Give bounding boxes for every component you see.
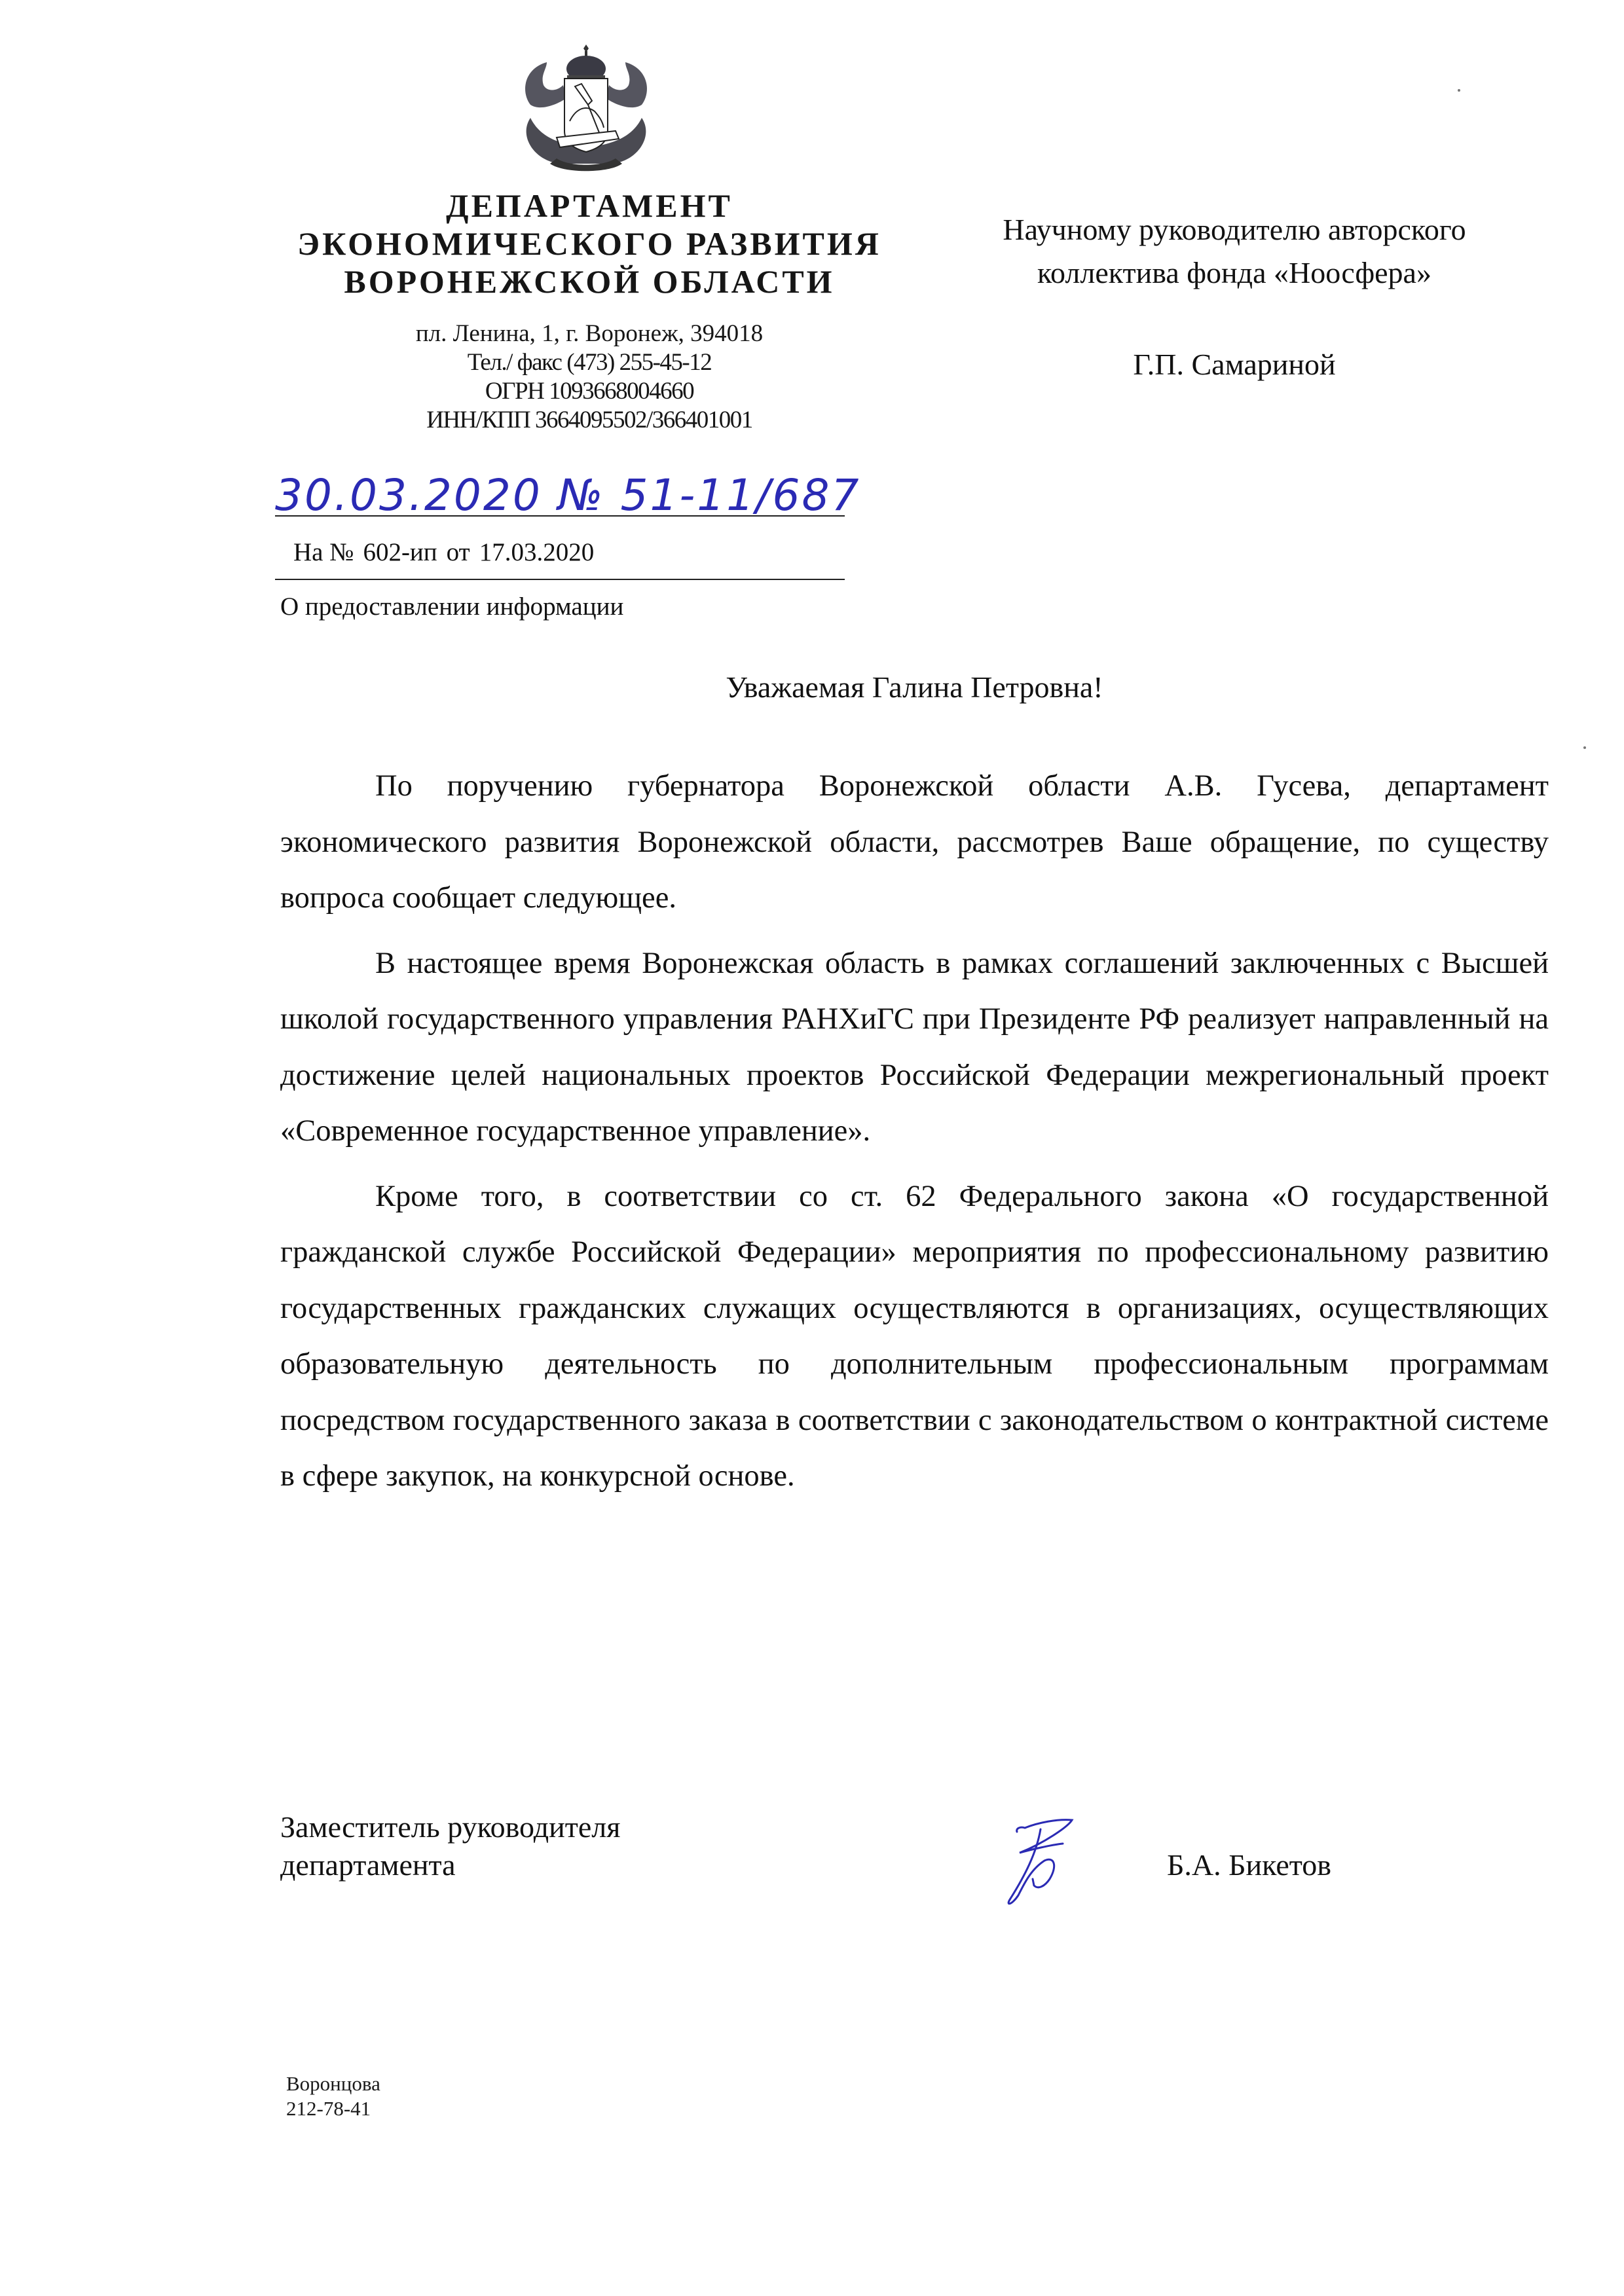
scan-artifact — [1458, 89, 1460, 92]
department-inn-kpp: ИНН/КПП 3664095502/366401001 — [275, 406, 904, 435]
letter-body: По поручению губернатора Воронежской обл… — [280, 758, 1549, 1514]
reference-prefix: На № — [293, 538, 354, 566]
reference-underline — [275, 579, 845, 580]
scan-artifact — [1583, 746, 1586, 749]
signature-icon — [999, 1813, 1084, 1912]
handwritten-signature — [999, 1813, 1084, 1912]
coat-of-arms-icon — [511, 39, 661, 180]
coat-of-arms-emblem — [511, 39, 661, 180]
signatory-name: Б.А. Бикетов — [1167, 1846, 1331, 1884]
signatory-position-line: Заместитель руководителя — [280, 1808, 620, 1846]
reference-number: На №602-ипот17.03.2020 — [293, 537, 603, 568]
executor-info: Воронцова 212-78-41 — [286, 2071, 380, 2121]
signatory-position-line: департамента — [280, 1846, 620, 1884]
department-title-line: ЭКОНОМИЧЕСКОГО РАЗВИТИЯ — [275, 225, 904, 263]
reference-number-value: 602-ип — [363, 538, 437, 566]
body-paragraph: Кроме того, в соответствии со ст. 62 Фед… — [280, 1169, 1549, 1504]
signatory-position: Заместитель руководителя департамента — [280, 1808, 620, 1884]
registration-underline — [275, 515, 845, 517]
addressee-organization-line: коллектива фонда «Ноосфера» — [907, 251, 1562, 295]
addressee-position-line: Научному руководителю авторского — [907, 208, 1562, 251]
executor-phone: 212-78-41 — [286, 2096, 380, 2121]
department-address: пл. Ленина, 1, г. Воронеж, 394018 — [275, 319, 904, 348]
greeting: Уважаемая Галина Петровна! — [280, 668, 1549, 707]
department-ogrn: ОГРН 1093668004660 — [275, 377, 904, 406]
reference-date-prefix: от — [447, 538, 470, 566]
department-title: ДЕПАРТАМЕНТ ЭКОНОМИЧЕСКОГО РАЗВИТИЯ ВОРО… — [275, 187, 904, 301]
body-paragraph: В настоящее время Воронежская область в … — [280, 936, 1549, 1159]
department-title-line: ВОРОНЕЖСКОЙ ОБЛАСТИ — [275, 263, 904, 301]
reference-date: 17.03.2020 — [479, 538, 595, 566]
department-contacts: пл. Ленина, 1, г. Воронеж, 394018 Тел./ … — [275, 319, 904, 435]
letter-subject: О предоставлении информации — [280, 591, 623, 623]
addressee-block: Научному руководителю авторского коллект… — [907, 208, 1562, 386]
department-phone: Тел./ факс (473) 255-45-12 — [275, 348, 904, 377]
body-paragraph: По поручению губернатора Воронежской обл… — [280, 758, 1549, 926]
addressee-name: Г.П. Самариной — [907, 343, 1562, 386]
department-title-line: ДЕПАРТАМЕНТ — [275, 187, 904, 225]
executor-name: Воронцова — [286, 2071, 380, 2096]
